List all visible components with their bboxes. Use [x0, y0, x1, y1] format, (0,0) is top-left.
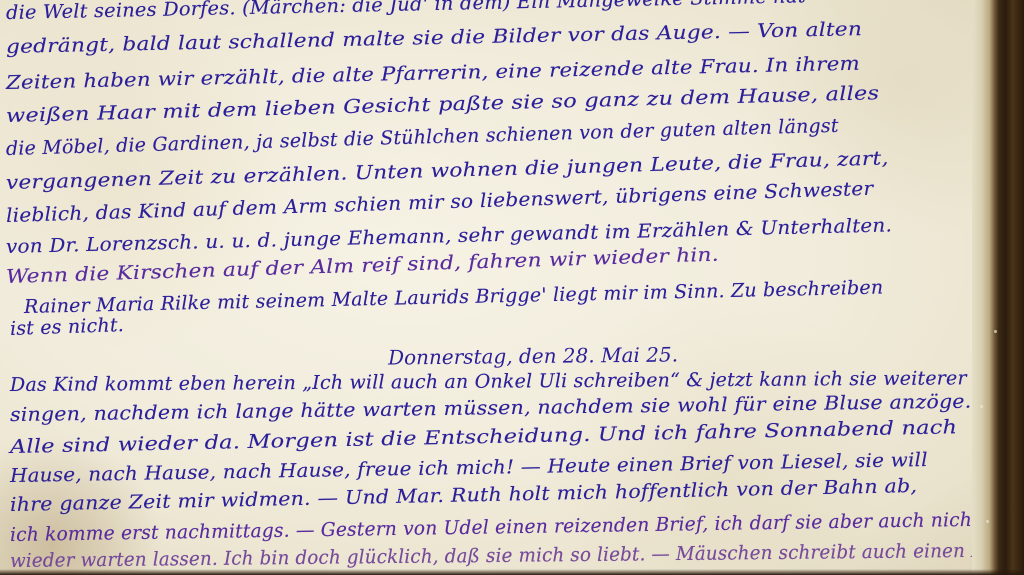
book-binding-edge: [972, 0, 1024, 575]
handwritten-line: gedrängt, bald laut schallend malte sie …: [6, 18, 862, 58]
handwritten-line: wieder warten lassen. Ich bin doch glück…: [10, 539, 1023, 572]
page-bottom-shadow: [0, 569, 1024, 575]
handwritten-line: ist es nicht.: [10, 314, 125, 340]
entry-date-heading: Donnerstag, den 28. Mai 25.: [388, 342, 678, 369]
handwritten-line: die Welt seines Dorfes. (Märchen: die Jü…: [6, 0, 806, 24]
diary-page: die Welt seines Dorfes. (Märchen: die Jü…: [0, 0, 1024, 575]
